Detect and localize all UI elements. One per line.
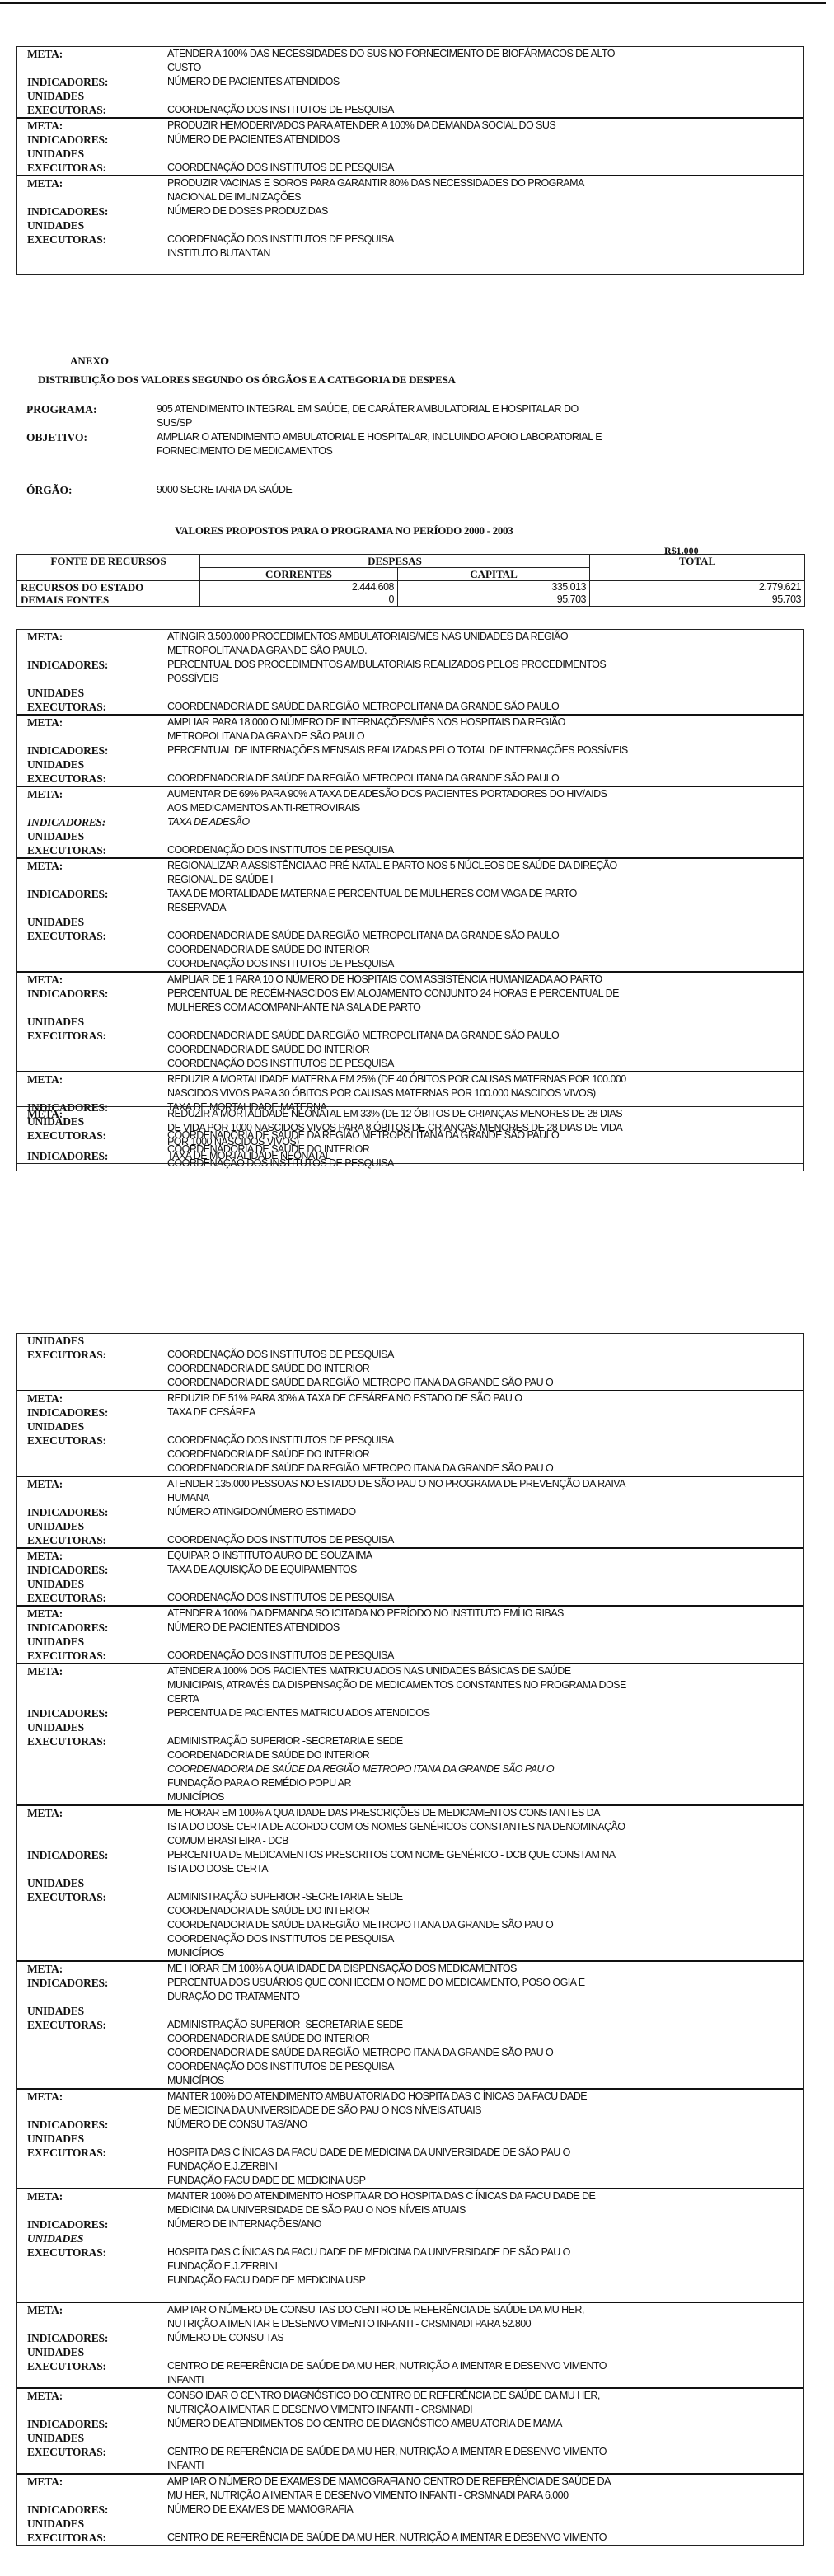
- executoras-label: EXECUTORAS:: [17, 1433, 167, 1448]
- indicadores-row: INDICADORES:TAXA DE CESÁREA: [17, 1405, 803, 1419]
- executoras-label: EXECUTORAS:: [17, 2359, 167, 2373]
- unidades-label: UNIDADES: [17, 1519, 167, 1533]
- executoras-label: EXECUTORAS:: [17, 929, 167, 943]
- unidades-label: UNIDADES: [17, 1720, 167, 1734]
- unidades-row: UNIDADES: [17, 218, 803, 232]
- header-fonte: FONTE DE RECURSOS: [17, 555, 200, 581]
- unidades-label: UNIDADES: [17, 1876, 167, 1890]
- programa-value: 905 ATENDIMENTO INTEGRAL EM SAÚDE, DE CA…: [157, 402, 805, 430]
- unidades-row: UNIDADES: [17, 686, 803, 700]
- meta-label: META:: [17, 1549, 167, 1563]
- indicadores-row: INDICADORES:NÚMERO DE PACIENTES ATENDIDO…: [17, 133, 803, 147]
- unidades-label: UNIDADES: [17, 2231, 167, 2245]
- executoras-label: EXECUTORAS:: [17, 2531, 167, 2545]
- goals-box-4: UNIDADESEXECUTORAS:COORDENAÇÃO DOS INSTI…: [16, 1333, 804, 2546]
- executoras-row: EXECUTORAS:COORDENAÇÃO DOS INSTITUTOS DE…: [17, 1433, 803, 1476]
- meta-row: META:AMP IAR O NÚMERO DE CONSU TAS DO CE…: [17, 2303, 803, 2331]
- executoras-row: EXECUTORAS:HOSPITA DAS C ÍNICAS DA FACU …: [17, 2146, 803, 2188]
- unidades-label: UNIDADES: [17, 2004, 167, 2018]
- header-capital: CAPITAL: [398, 568, 590, 581]
- indicadores-label: INDICADORES:: [17, 2331, 167, 2345]
- unidades-row: UNIDADES: [17, 829, 803, 843]
- meta-label: META:: [17, 119, 167, 133]
- goal-entry: META:MANTER 100% DO ATENDIMENTO AMBU ATO…: [17, 2088, 803, 2188]
- unidades-row: UNIDADES: [17, 2431, 803, 2445]
- indicadores-label: INDICADORES:: [17, 75, 167, 89]
- executoras-label: EXECUTORAS:: [17, 232, 167, 246]
- goal-entry: META:MANTER 100% DO ATENDIMENTO HOSPITA …: [17, 2188, 803, 2302]
- indicadores-label: INDICADORES:: [17, 815, 167, 829]
- executoras-label: EXECUTORAS:: [17, 1533, 167, 1547]
- goal-entry: META:ME HORAR EM 100% A QUA IDADE DA DIS…: [17, 1960, 803, 2088]
- indicadores-row: INDICADORES:NÚMERO DE ATENDIMENTOS DO CE…: [17, 2417, 803, 2431]
- executoras-label: EXECUTORAS:: [17, 161, 167, 175]
- indicadores-row: INDICADORES:TAXA DE MORTALIDADE NEONATAL: [17, 1149, 803, 1163]
- programa-line: PROGRAMA: 905 ATENDIMENTO INTEGRAL EM SA…: [26, 402, 805, 430]
- unidades-row: UNIDADES: [17, 1419, 803, 1433]
- meta-row: META:ATENDER 135.000 PESSOAS NO ESTADO D…: [17, 1477, 803, 1505]
- meta-label: META:: [17, 2189, 167, 2203]
- unidades-label: UNIDADES: [17, 829, 167, 843]
- meta-row: META:CONSO IDAR O CENTRO DIAGNÓSTICO DO …: [17, 2389, 803, 2417]
- indicadores-label: INDICADORES:: [17, 987, 167, 1001]
- executoras-row: EXECUTORAS:CENTRO DE REFERÊNCIA DE SAÚDE…: [17, 2359, 803, 2387]
- executoras-row: EXECUTORAS:COORDENAÇÃO DOS INSTITUTOS DE…: [17, 1348, 803, 1390]
- meta-label: META:: [17, 1107, 167, 1121]
- programa-label: PROGRAMA:: [26, 402, 157, 430]
- unidades-label: UNIDADES: [17, 1015, 167, 1029]
- indicadores-label: INDICADORES:: [17, 1405, 167, 1419]
- unidades-row: UNIDADES: [17, 2231, 803, 2245]
- meta-label: META:: [17, 630, 167, 644]
- goal-entry: META:ME HORAR EM 100% A QUA IDADE DAS PR…: [17, 1804, 803, 1960]
- unidades-row: UNIDADES: [17, 1577, 803, 1591]
- indicadores-row: INDICADORES:NÚMERO DE INTERNAÇÕES/ANO: [17, 2217, 803, 2231]
- objetivo-value: AMPLIAR O ATENDIMENTO AMBULATORIAL E HOS…: [157, 430, 805, 458]
- executoras-row: EXECUTORAS:COORDENAÇÃO DOS INSTITUTOS DE…: [17, 232, 803, 260]
- meta-label: META:: [17, 176, 167, 190]
- goal-entry: META:ATENDER A 100% DAS NECESSIDADES DO …: [17, 47, 803, 117]
- indicadores-row: INDICADORES:NÚMERO DE DOSES PRODUZIDAS: [17, 204, 803, 218]
- meta-row: META:ATENDER A 100% DAS NECESSIDADES DO …: [17, 47, 803, 75]
- indicadores-label: INDICADORES:: [17, 744, 167, 758]
- goal-entry: META:REGIONALIZAR A ASSISTÊNCIA AO PRÉ-N…: [17, 857, 803, 971]
- meta-row: META:MANTER 100% DO ATENDIMENTO AMBU ATO…: [17, 2090, 803, 2118]
- unidades-row: UNIDADES: [17, 2004, 803, 2018]
- executoras-label: EXECUTORAS:: [17, 2146, 167, 2160]
- indicadores-row: INDICADORES:NÚMERO DE EXAMES DE MAMOGRAF…: [17, 2503, 803, 2517]
- goal-entry: META:AMP IAR O NÚMERO DE CONSU TAS DO CE…: [17, 2302, 803, 2387]
- executoras-row: EXECUTORAS:ADMINISTRAÇÃO SUPERIOR -SECRE…: [17, 1890, 803, 1960]
- unidades-row: UNIDADES: [17, 2132, 803, 2146]
- executoras-row: EXECUTORAS:COORDENAÇÃO DOS INSTITUTOS DE…: [17, 1649, 803, 1663]
- indicadores-label: INDICADORES:: [17, 887, 167, 901]
- unidades-row: UNIDADES: [17, 1015, 803, 1029]
- orgao-label: ÓRGÃO:: [26, 483, 157, 497]
- unidades-label: UNIDADES: [17, 758, 167, 772]
- unidades-label: UNIDADES: [17, 1635, 167, 1649]
- goal-entry: META:AUMENTAR DE 69% PARA 90% A TAXA DE …: [17, 786, 803, 857]
- unidades-label: UNIDADES: [17, 2345, 167, 2359]
- indicadores-label: INDICADORES:: [17, 2417, 167, 2431]
- meta-row: META:REDUZIR DE 51% PARA 30% A TAXA DE C…: [17, 1391, 803, 1405]
- meta-row: META:ME HORAR EM 100% A QUA IDADE DA DIS…: [17, 1962, 803, 1976]
- executoras-label: EXECUTORAS:: [17, 1649, 167, 1663]
- executoras-label: EXECUTORAS:: [17, 1591, 167, 1605]
- indicadores-label: INDICADORES:: [17, 1848, 167, 1862]
- unidades-row: UNIDADES: [17, 758, 803, 772]
- meta-label: META:: [17, 1607, 167, 1621]
- header-despesas: DESPESAS: [200, 555, 590, 568]
- goal-entry: META:CONSO IDAR O CENTRO DIAGNÓSTICO DO …: [17, 2387, 803, 2473]
- unidades-row: UNIDADES: [17, 915, 803, 929]
- unidades-row: UNIDADES: [17, 2345, 803, 2359]
- budget-table: FONTE DE RECURSOS DESPESAS TOTAL CORRENT…: [16, 554, 805, 607]
- indicadores-row: INDICADORES:NÚMERO DE CONSU TAS: [17, 2331, 803, 2345]
- unidades-row: UNIDADES: [17, 1635, 803, 1649]
- anexo-title: ANEXO: [70, 354, 109, 368]
- header-total: TOTAL: [590, 555, 805, 581]
- executoras-label: EXECUTORAS:: [17, 2445, 167, 2459]
- indicadores-label: INDICADORES:: [17, 1563, 167, 1577]
- indicadores-label: INDICADORES:: [17, 1976, 167, 1990]
- goal-entry: META:AMPLIAR DE 1 PARA 10 O NÚMERO DE HO…: [17, 971, 803, 1071]
- executoras-row: EXECUTORAS:ADMINISTRAÇÃO SUPERIOR -SECRE…: [17, 2018, 803, 2088]
- meta-row: META:AMPLIAR DE 1 PARA 10 O NÚMERO DE HO…: [17, 973, 803, 987]
- goal-entry: UNIDADESEXECUTORAS:COORDENAÇÃO DOS INSTI…: [17, 1334, 803, 1390]
- executoras-row: EXECUTORAS:ADMINISTRAÇÃO SUPERIOR -SECRE…: [17, 1734, 803, 1804]
- meta-label: META:: [17, 2389, 167, 2403]
- executoras-row: EXECUTORAS:CENTRO DE REFERÊNCIA DE SAÚDE…: [17, 2531, 803, 2545]
- executoras-row: EXECUTORAS:COORDENADORIA DE SAÚDE DA REG…: [17, 700, 803, 714]
- indicadores-label: INDICADORES:: [17, 204, 167, 218]
- indicadores-row: INDICADORES:PERCENTUAL DE INTERNAÇÕES ME…: [17, 744, 803, 758]
- goal-entry: META:ATENDER 135.000 PESSOAS NO ESTADO D…: [17, 1476, 803, 1547]
- meta-label: META:: [17, 787, 167, 801]
- goal-entry: META:AMP IAR O NÚMERO DE EXAMES DE MAMOG…: [17, 2473, 803, 2545]
- meta-label: META:: [17, 1664, 167, 1678]
- meta-row: META:REGIONALIZAR A ASSISTÊNCIA AO PRÉ-N…: [17, 859, 803, 887]
- meta-row: META:REDUZIR A MORTALIDADE MATERNA EM 25…: [17, 1072, 803, 1100]
- executoras-row: EXECUTORAS:COORDENADORIA DE SAÚDE DA REG…: [17, 1029, 803, 1071]
- meta-label: META:: [17, 1477, 167, 1491]
- distribution-title: DISTRIBUIÇÃO DOS VALORES SEGUNDO OS ÓRGÃ…: [38, 373, 456, 387]
- indicadores-label: INDICADORES:: [17, 2503, 167, 2517]
- indicadores-row: INDICADORES:NÚMERO DE PACIENTES ATENDIDO…: [17, 75, 803, 89]
- executoras-label: EXECUTORAS:: [17, 772, 167, 786]
- unidades-label: UNIDADES: [17, 2431, 167, 2445]
- meta-row: META:ATENDER A 100% DOS PACIENTES MATRIC…: [17, 1664, 803, 1706]
- indicadores-row: INDICADORES:PERCENTUA DOS USUÁRIOS QUE C…: [17, 1976, 803, 2004]
- executoras-label: EXECUTORAS:: [17, 700, 167, 714]
- goal-entry: META:PRODUZIR VACINAS E SOROS PARA GARAN…: [17, 175, 803, 260]
- indicadores-row: INDICADORES:TAXA DE ADESÃO: [17, 815, 803, 829]
- executoras-label: EXECUTORAS:: [17, 1029, 167, 1043]
- unidades-label: UNIDADES: [17, 2517, 167, 2531]
- meta-row: META:EQUIPAR O INSTITUTO AURO DE SOUZA I…: [17, 1549, 803, 1563]
- executoras-label: EXECUTORAS:: [17, 1734, 167, 1748]
- executoras-label: EXECUTORAS:: [17, 103, 167, 117]
- executoras-row: EXECUTORAS:COORDENAÇÃO DOS INSTITUTOS DE…: [17, 1591, 803, 1605]
- executoras-label: EXECUTORAS:: [17, 2245, 167, 2259]
- executoras-row: EXECUTORAS:COORDENADORIA DE SAÚDE DA REG…: [17, 929, 803, 971]
- indicadores-row: INDICADORES: NÚMERO DE CONSU TAS/ANO: [17, 2118, 803, 2132]
- unidades-label: UNIDADES: [17, 89, 167, 103]
- executoras-label: EXECUTORAS:: [17, 1890, 167, 1904]
- executoras-row: EXECUTORAS:COORDENAÇÃO DOS INSTITUTOS DE…: [17, 103, 803, 117]
- goal-entry: META:PRODUZIR HEMODERIVADOS PARA ATENDER…: [17, 117, 803, 175]
- goal-entry: META:EQUIPAR O INSTITUTO AURO DE SOUZA I…: [17, 1547, 803, 1605]
- unidades-label: UNIDADES: [17, 686, 167, 700]
- table-row: DEMAIS FONTES 0 95.703 95.703: [17, 594, 805, 607]
- objetivo-label: OBJETIVO:: [26, 430, 157, 458]
- meta-row: META:MANTER 100% DO ATENDIMENTO HOSPITA …: [17, 2189, 803, 2217]
- meta-row: META:PRODUZIR HEMODERIVADOS PARA ATENDER…: [17, 119, 803, 133]
- unidades-label: UNIDADES: [17, 218, 167, 232]
- orgao-value: 9000 SECRETARIA DA SAÚDE: [157, 483, 805, 497]
- top-rule: [0, 2, 826, 4]
- indicadores-row: INDICADORES:PERCENTUA DE MEDICAMENTOS PR…: [17, 1848, 803, 1876]
- meta-label: META:: [17, 1806, 167, 1820]
- meta-label: META:: [17, 2090, 167, 2104]
- unidades-row: UNIDADES: [17, 89, 803, 103]
- goal-entry: META:REDUZIR DE 51% PARA 30% A TAXA DE C…: [17, 1390, 803, 1476]
- indicadores-label: INDICADORES:: [17, 1505, 167, 1519]
- indicadores-row: INDICADORES:NÚMERO DE PACIENTES ATENDIDO…: [17, 1621, 803, 1635]
- meta-label: META:: [17, 47, 167, 61]
- meta-row: META:AUMENTAR DE 69% PARA 90% A TAXA DE …: [17, 787, 803, 815]
- executoras-row: EXECUTORAS:COORDENADORIA DE SAÚDE DA REG…: [17, 772, 803, 786]
- indicadores-label: INDICADORES:: [17, 658, 167, 672]
- header-correntes: CORRENTES: [200, 568, 398, 581]
- meta-row: META:ME HORAR EM 100% A QUA IDADE DAS PR…: [17, 1806, 803, 1848]
- indicadores-label: INDICADORES:: [17, 2217, 167, 2231]
- indicadores-row: INDICADORES:PERCENTUA DE PACIENTES MATRI…: [17, 1706, 803, 1720]
- orgao-line: ÓRGÃO: 9000 SECRETARIA DA SAÚDE: [26, 483, 805, 497]
- meta-label: META:: [17, 1391, 167, 1405]
- unidades-label: UNIDADES: [17, 1334, 167, 1348]
- goal-entry: META:ATENDER A 100% DOS PACIENTES MATRIC…: [17, 1663, 803, 1804]
- goal-entry: META:ATINGIR 3.500.000 PROCEDIMENTOS AMB…: [17, 630, 803, 714]
- unidades-row: UNIDADES: [17, 1334, 803, 1348]
- executoras-row: EXECUTORAS:HOSPITA DAS C ÍNICAS DA FACU …: [17, 2245, 803, 2287]
- goals-box-2: META:ATINGIR 3.500.000 PROCEDIMENTOS AMB…: [16, 629, 804, 1171]
- meta-label: META:: [17, 2475, 167, 2489]
- unidades-label: UNIDADES: [17, 2132, 167, 2146]
- unidades-row: UNIDADES: [17, 1720, 803, 1734]
- executoras-row: EXECUTORAS:COORDENAÇÃO DOS INSTITUTOS DE…: [17, 843, 803, 857]
- indicadores-row: INDICADORES:PERCENTUAL DOS PROCEDIMENTOS…: [17, 658, 803, 686]
- unidades-row: UNIDADES: [17, 2517, 803, 2531]
- indicadores-row: INDICADORES:NÚMERO ATINGIDO/NÚMERO ESTIM…: [17, 1505, 803, 1519]
- meta-row: META:AMPLIAR PARA 18.000 O NÚMERO DE INT…: [17, 716, 803, 744]
- indicadores-label: INDICADORES:: [17, 1149, 167, 1163]
- unidades-label: UNIDADES: [17, 1419, 167, 1433]
- objetivo-line: OBJETIVO: AMPLIAR O ATENDIMENTO AMBULATO…: [26, 430, 805, 458]
- unidades-label: UNIDADES: [17, 915, 167, 929]
- indicadores-label: INDICADORES:: [17, 133, 167, 147]
- goals-box-1: META:ATENDER A 100% DAS NECESSIDADES DO …: [16, 46, 804, 275]
- unidades-label: UNIDADES: [17, 147, 167, 161]
- meta-row: META:AMP IAR O NÚMERO DE EXAMES DE MAMOG…: [17, 2475, 803, 2503]
- executoras-label: EXECUTORAS:: [17, 2018, 167, 2032]
- meta-label: META:: [17, 1962, 167, 1976]
- indicadores-row: INDICADORES:TAXA DE AQUISIÇÃO DE EQUIPAM…: [17, 1563, 803, 1577]
- meta-row: META:REDUZIR A MORTALIDADE NEONATAL EM 3…: [17, 1107, 803, 1149]
- executoras-label: EXECUTORAS:: [17, 843, 167, 857]
- unidades-row: UNIDADES: [17, 147, 803, 161]
- meta-row: META:PRODUZIR VACINAS E SOROS PARA GARAN…: [17, 176, 803, 204]
- executoras-row: EXECUTORAS:COORDENAÇÃO DOS INSTITUTOS DE…: [17, 161, 803, 175]
- unidades-row: UNIDADES: [17, 1876, 803, 1890]
- meta-row: META:ATENDER A 100% DA DEMANDA SO ICITAD…: [17, 1607, 803, 1621]
- indicadores-row: INDICADORES:PERCENTUAL DE RECÉM-NASCIDOS…: [17, 987, 803, 1015]
- meta-label: META:: [17, 859, 167, 873]
- goal-entry: META:ATENDER A 100% DA DEMANDA SO ICITAD…: [17, 1605, 803, 1663]
- meta-label: META:: [17, 1072, 167, 1086]
- meta-row: META:ATINGIR 3.500.000 PROCEDIMENTOS AMB…: [17, 630, 803, 658]
- unidades-label: UNIDADES: [17, 1577, 167, 1591]
- valores-title: VALORES PROPOSTOS PARA O PROGRAMA NO PER…: [0, 524, 834, 537]
- meta-label: META:: [17, 716, 167, 730]
- table-row: RECURSOS DO ESTADO 2.444.608 335.013 2.7…: [17, 581, 805, 594]
- indicadores-label: INDICADORES:: [17, 1706, 167, 1720]
- meta-label: META:: [17, 2303, 167, 2317]
- goal-entry: META:AMPLIAR PARA 18.000 O NÚMERO DE INT…: [17, 714, 803, 786]
- meta-label: META:: [17, 973, 167, 987]
- goal-entry: META:REDUZIR A MORTALIDADE NEONATAL EM 3…: [17, 1107, 803, 1163]
- indicadores-row: INDICADORES:TAXA DE MORTALIDADE MATERNA …: [17, 887, 803, 915]
- indicadores-label: INDICADORES:: [17, 1621, 167, 1635]
- unidades-row: UNIDADES: [17, 1519, 803, 1533]
- indicadores-label: INDICADORES:: [17, 2118, 167, 2132]
- goals-box-3: META:REDUZIR A MORTALIDADE NEONATAL EM 3…: [16, 1106, 804, 1164]
- executoras-label: EXECUTORAS:: [17, 1348, 167, 1362]
- executoras-row: EXECUTORAS:CENTRO DE REFERÊNCIA DE SAÚDE…: [17, 2445, 803, 2473]
- executoras-row: EXECUTORAS:COORDENAÇÃO DOS INSTITUTOS DE…: [17, 1533, 803, 1547]
